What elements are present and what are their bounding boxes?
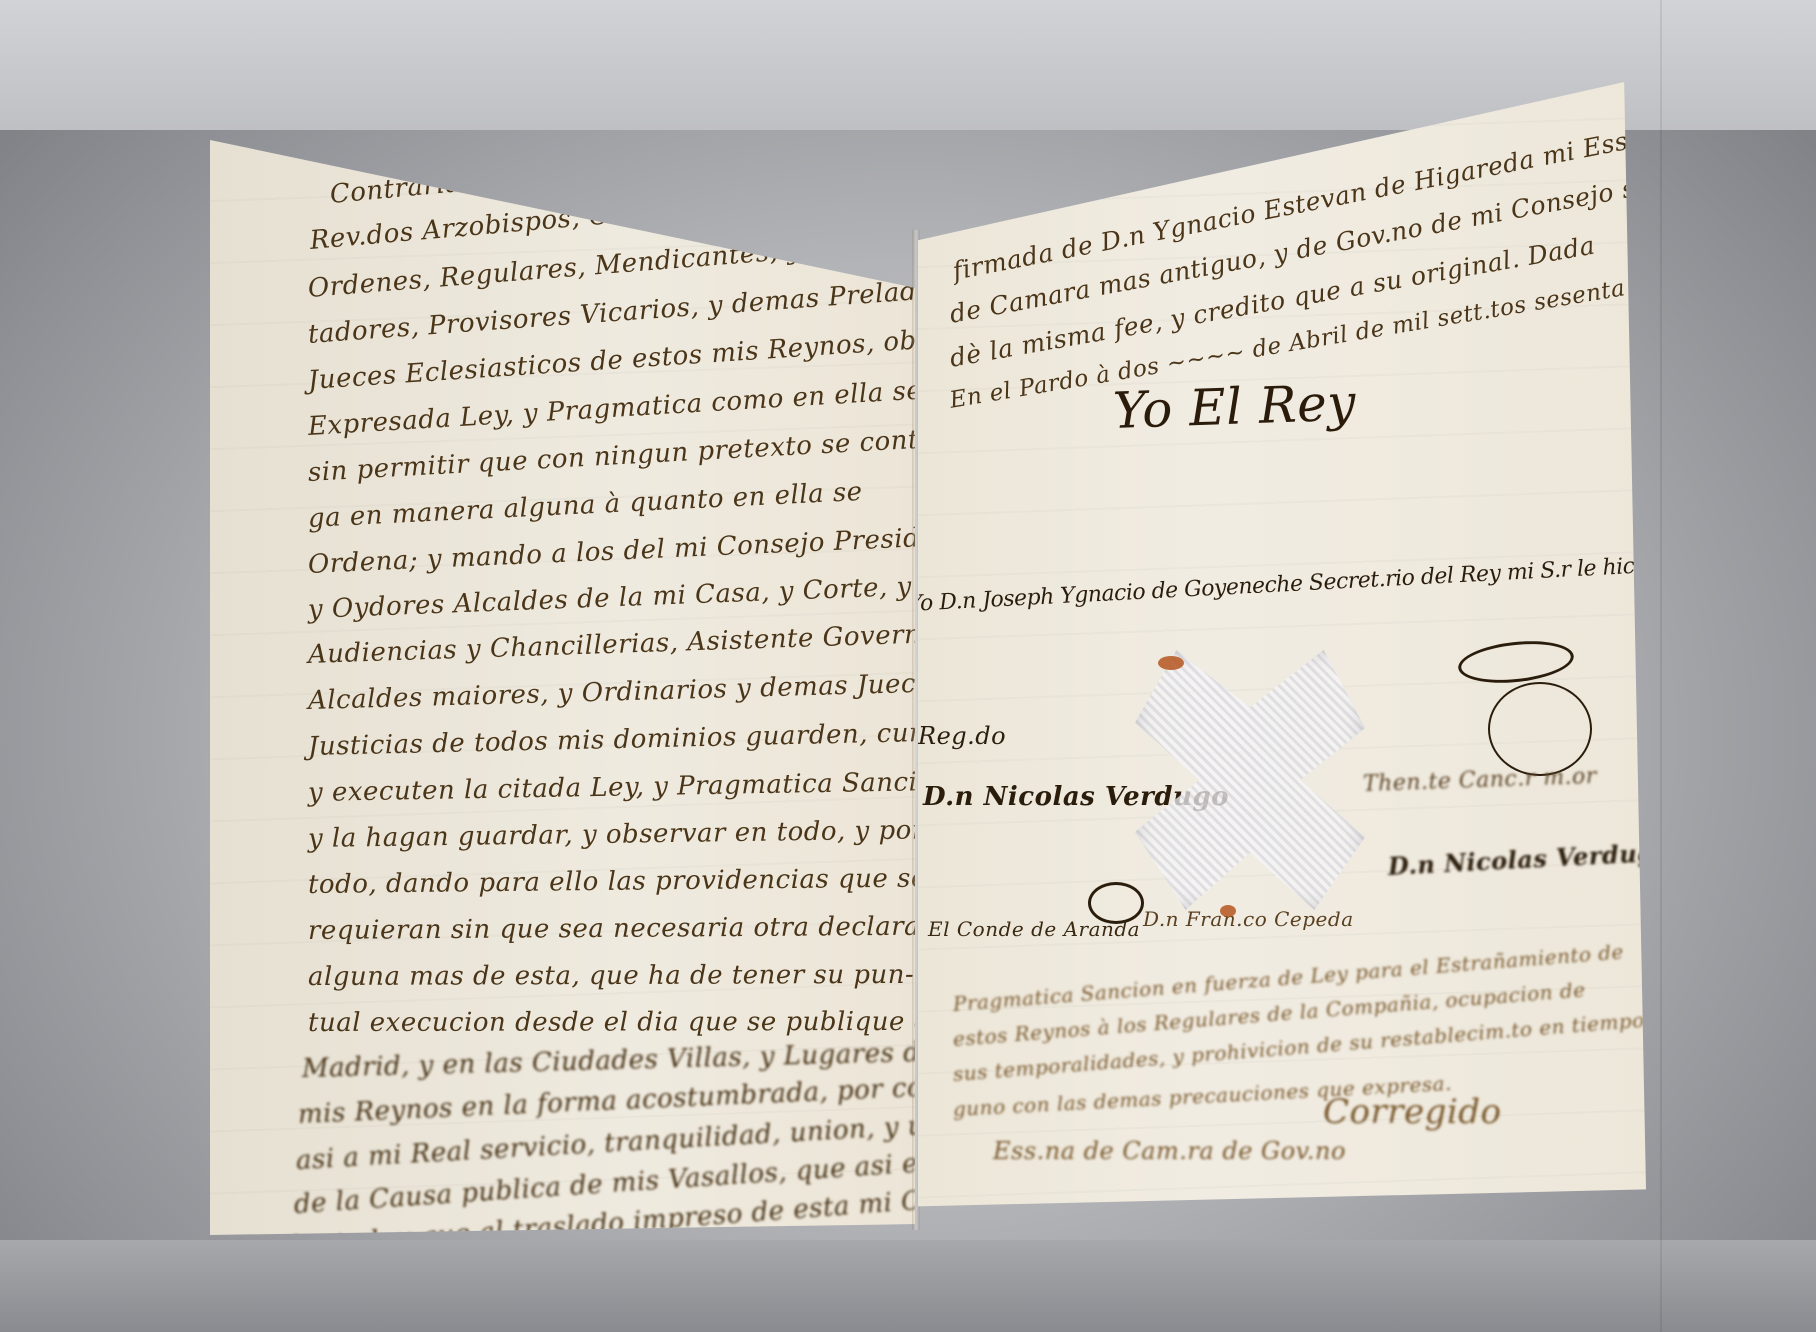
manuscript-line: alguna mas de esta, que ha de tener su p…	[308, 960, 914, 992]
flourish	[1456, 636, 1576, 688]
secretary-line: Yo D.n Joseph Ygnacio de Goyeneche Secre…	[918, 540, 1646, 617]
manuscript-line: tual execucion desde el dia que se publi…	[308, 1007, 915, 1038]
footer-corregido: Corregido	[1323, 1092, 1501, 1132]
footer-escribania: Ess.na de Cam.ra de Gov.no	[993, 1137, 1346, 1165]
wax-mark	[1220, 905, 1236, 917]
manuscript-line: requieran sin que sea necesaria otra dec…	[308, 911, 915, 946]
signature-chancellor: Then.te Canc.r m.or	[1363, 764, 1598, 797]
manuscript-line: Rev.dos Arzobispos, Obispos, Superiores …	[309, 164, 915, 256]
manuscript-line: Justicias de todos mis dominios guarden,…	[308, 716, 915, 762]
signature-verdugo-right: D.n Nicolas Verdugo	[1387, 837, 1646, 881]
manuscript-line: Contrarias à esta. Por la qual encargo a…	[329, 140, 915, 210]
display-case-bottom	[0, 1240, 1816, 1332]
manuscript-line: y la hagan guardar, y observar en todo, …	[308, 815, 915, 854]
signature-registered: Reg.do	[918, 722, 1006, 750]
manuscript-left-page: Contrarias à esta. Por la qual encargo a…	[210, 140, 915, 1235]
signature-aranda: El Conde de Aranda	[928, 917, 1140, 941]
flourish	[1488, 682, 1592, 776]
manuscript-line: todo, dando para ello las providencias q…	[308, 864, 915, 900]
manuscript-line: Alcaldes maiores, y Ordinarios y demas J…	[308, 667, 915, 716]
royal-signature: Yo El Rey	[1112, 374, 1357, 440]
manuscript-line: Audiencias y Chancillerias, Asistente Go…	[308, 617, 915, 670]
manuscript-line: y Oydores Alcaldes de la mi Casa, y Cort…	[307, 568, 915, 625]
manuscript-right-page: firmada de D.n Ygnacio Estevan de Higare…	[918, 82, 1646, 1212]
wax-mark	[1158, 656, 1184, 670]
signature-cepeda: D.n Fran.co Cepeda	[1143, 907, 1354, 931]
manuscript-line: y executen la citada Ley, y Pragmatica S…	[308, 767, 915, 808]
manuscript-line: ga en manera alguna à quanto en ella se	[307, 477, 863, 534]
display-case-glass-edge	[1660, 0, 1662, 1332]
